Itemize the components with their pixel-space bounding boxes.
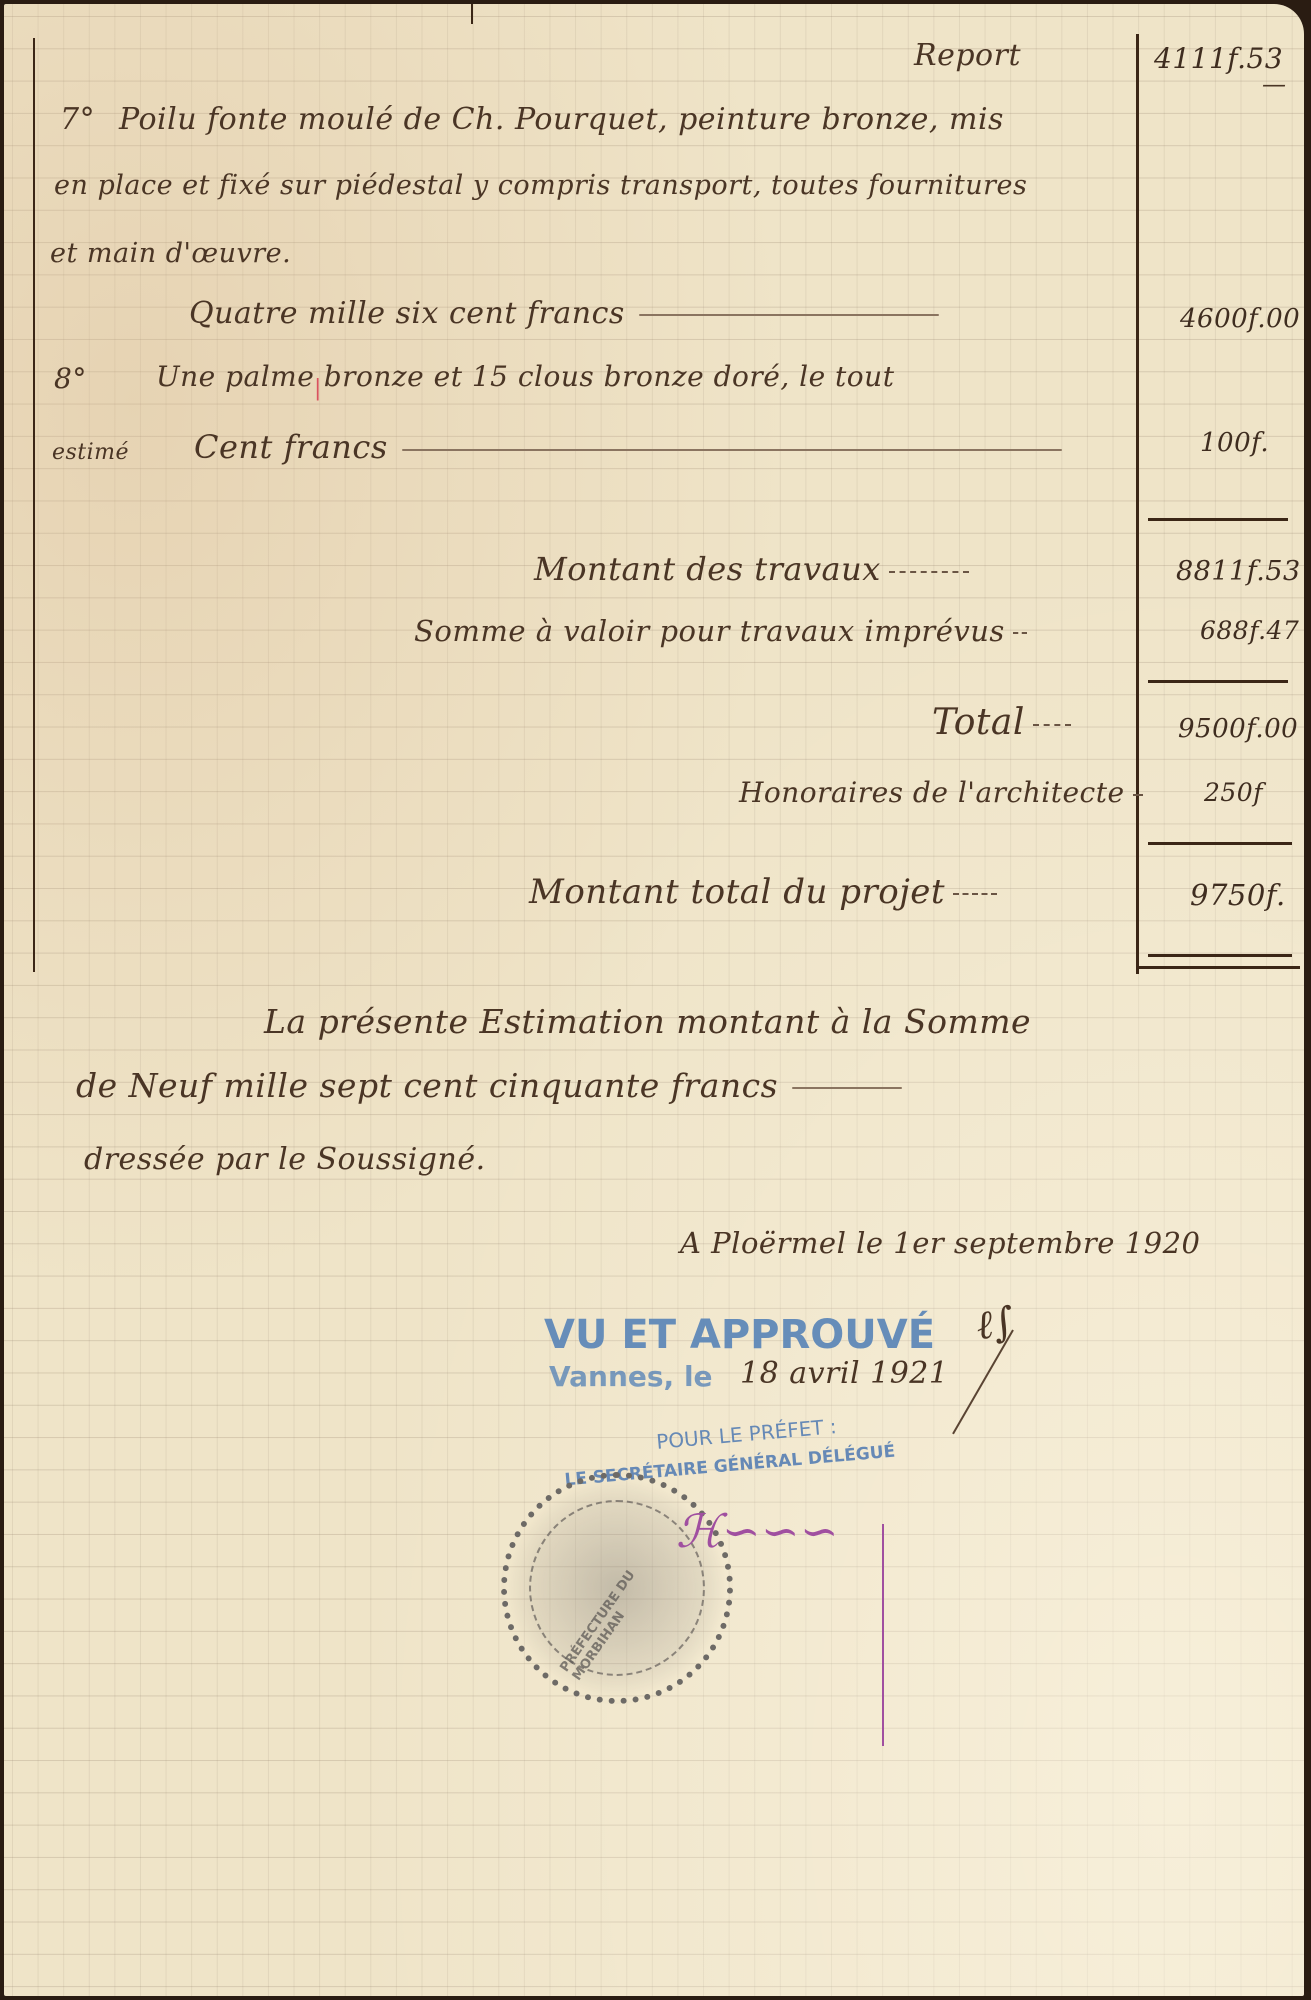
- closing-line-2-text: de Neuf mille sept cent cinquante francs: [76, 1066, 778, 1105]
- subtotal-rule-4: [1148, 954, 1292, 957]
- left-margin-rule: [33, 38, 35, 972]
- initials-signature: ℓ∫: [973, 1298, 1018, 1350]
- subtotal-rule-2: [1148, 680, 1288, 683]
- fill-line: [402, 449, 1062, 451]
- item-8-number: 8°: [54, 362, 87, 395]
- amount-column-rule: [1136, 34, 1139, 974]
- total-amount-total: 9500f.00: [1178, 714, 1298, 744]
- leader-dots: [1133, 794, 1143, 796]
- subtotal-rule-3: [1148, 842, 1292, 845]
- item-8-estimate-prefix: estimé: [52, 440, 129, 465]
- total-amount-unforeseen: 688f.47: [1200, 616, 1299, 645]
- total-label-unforeseen: Somme à valoir pour travaux imprévus: [414, 614, 1005, 648]
- item-7-line-2: en place et fixé sur piédestal y compris…: [54, 170, 1027, 201]
- item-8-line-1-text: Une palme bronze et 15 clous bronze doré…: [156, 360, 894, 393]
- leader-dots: [1033, 724, 1071, 726]
- correction-mark: |: [314, 376, 322, 401]
- total-amount-project: 9750f.: [1190, 878, 1286, 912]
- item-7-number: 7°: [60, 102, 95, 137]
- closing-line-3: dressée par le Soussigné.: [84, 1142, 486, 1177]
- leader-dots: [889, 571, 969, 573]
- document-page: Report 4111f.53 — 7° Poilu fonte moulé d…: [4, 4, 1304, 1996]
- item-7-amount-words: Quatre mille six cent francs: [189, 296, 939, 331]
- total-amount-works: 8811f.53: [1176, 556, 1301, 587]
- leader-dots: [1013, 632, 1027, 634]
- item-7-line-1: Poilu fonte moulé de Ch. Pourquet, peint…: [119, 102, 1004, 137]
- table-bottom-rule: [1136, 966, 1300, 969]
- total-row-label: Total: [932, 702, 1071, 743]
- item-8-amount-words: Cent francs: [194, 428, 1062, 466]
- item-7-line-3: et main d'œuvre.: [50, 238, 291, 269]
- report-label: Report: [914, 38, 1021, 73]
- total-row-label: Montant des travaux: [534, 550, 969, 588]
- prefect-signature: ℋ∽∽∽: [676, 1504, 839, 1558]
- leader-dots: [953, 893, 997, 895]
- approval-stamp-title: VU ET APPROUVÉ: [544, 1312, 935, 1358]
- closing-line-2: de Neuf mille sept cent cinquante francs: [76, 1066, 902, 1105]
- signature-tail-stroke: [882, 1524, 884, 1746]
- item-8-line-1: Une palme bronze et 15 clous bronze doré…: [156, 360, 894, 393]
- total-amount-architect-fees: 250f: [1204, 778, 1263, 807]
- subtotal-rule-1: [1148, 518, 1288, 521]
- total-row-label: Honoraires de l'architecte: [739, 776, 1143, 809]
- closing-line-1: La présente Estimation montant à la Somm…: [264, 1002, 1031, 1041]
- top-center-tick: [471, 4, 473, 24]
- item-8-words-text: Cent francs: [194, 428, 388, 466]
- total-row-label: Montant total du projet: [529, 872, 997, 912]
- item-7-amount: 4600f.00: [1180, 304, 1300, 334]
- fill-line: [792, 1087, 902, 1089]
- total-label-project: Montant total du projet: [529, 872, 945, 912]
- item-8-amount: 100f.: [1200, 428, 1269, 458]
- total-row-label: Somme à valoir pour travaux imprévus: [414, 614, 1027, 648]
- approval-stamp-place: Vannes, le: [549, 1360, 713, 1393]
- fill-line: [639, 314, 939, 316]
- approval-date-handwritten: 18 avril 1921: [740, 1356, 948, 1391]
- total-label-works: Montant des travaux: [534, 550, 881, 588]
- item-7-words-text: Quatre mille six cent francs: [189, 296, 625, 331]
- total-label-total: Total: [932, 702, 1025, 743]
- total-label-architect-fees: Honoraires de l'architecte: [739, 776, 1125, 809]
- place-date: A Ploërmel le 1er septembre 1920: [680, 1226, 1200, 1260]
- report-tick-mark: —: [1262, 70, 1287, 98]
